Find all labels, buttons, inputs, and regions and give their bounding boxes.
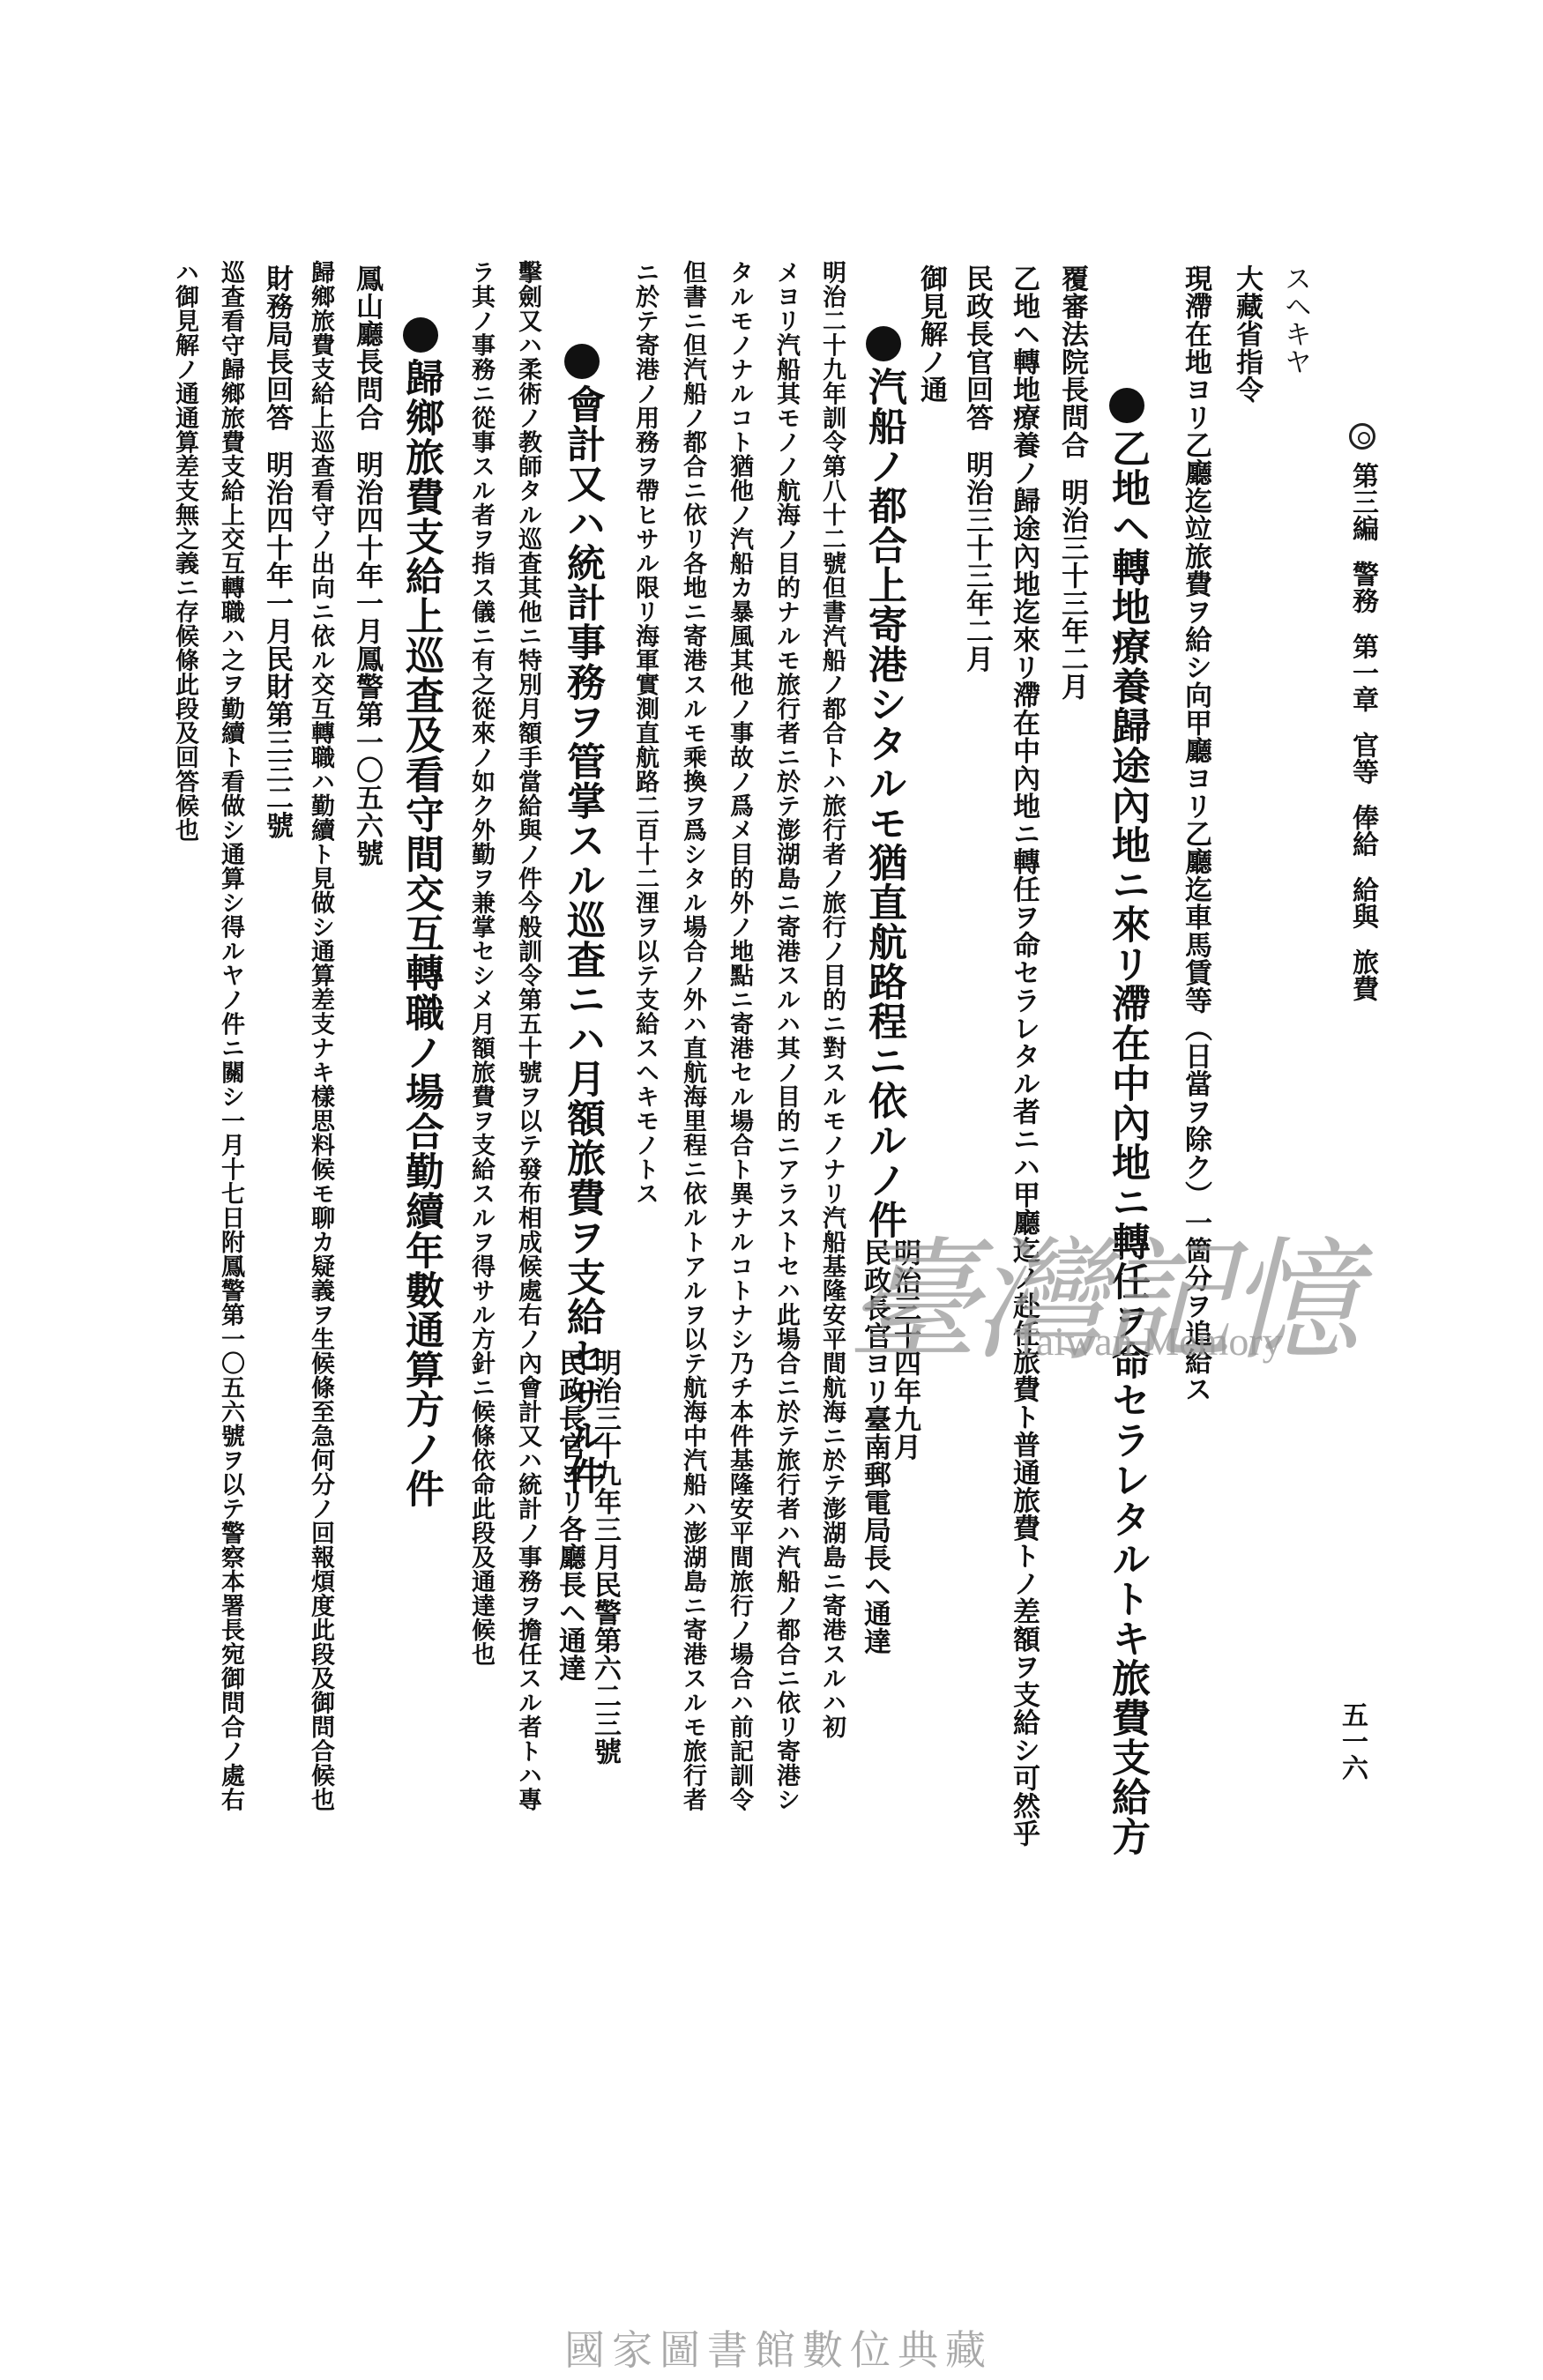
section-title: 汽船ノ都合上寄港シタルモ猶直航路程ニ依ルノ件 <box>861 367 906 1239</box>
scanned-page: 第三編警務第一章官等俸給給與旅費 五一六 スヘキヤ 大藏省指令 現滯在地ヨリ乙廳… <box>0 0 1543 2380</box>
section-heading: 歸鄉旅費支給上巡査及看守間交互轉職ノ場合勤續年數通算方ノ件 <box>401 317 440 1508</box>
text-column: 御見解ノ通 <box>917 264 944 404</box>
sender: 民政長官ヨリ各廳長ヘ通達 <box>555 1349 583 1682</box>
sender: 覆審法院長問合 <box>1056 264 1088 459</box>
footer-watermark: 國家圖書館數位典藏 <box>564 2318 993 2376</box>
date: 明治四十年一月民財第三三二號 <box>261 450 293 839</box>
section-heading: 乙地ヘ轉地療養歸途內地ニ來リ滯在中內地ニ轉任ヲ命セラレタルトキ旅費支給方 <box>1107 388 1146 1856</box>
bullet-icon <box>564 344 600 379</box>
text-column: 歸鄉旅費支給上巡查看守ノ出向ニ依ル交互轉職ハ勤續ト見做シ通算差支ナキ樣思料候モ聊… <box>309 260 332 1811</box>
section-label: 俸給 <box>1347 804 1378 857</box>
sender: 民政長官回答 <box>961 264 993 431</box>
date: 明治三十三年二月 <box>961 450 993 673</box>
query-header: 覆審法院長問合明治三十三年二月 <box>1058 264 1085 701</box>
chapter-label: 第一章 <box>1347 633 1378 712</box>
date: 明治三十九年三月民警第六二三號 <box>591 1349 618 1766</box>
text-column: 明治二十九年訓令第八十二號但書汽船ノ都合トハ旅行者ノ旅行ノ目的ニ對スルモノナリ汽… <box>820 260 844 1739</box>
page-number: 五一六 <box>1338 1701 1365 1781</box>
section-title: 乙地ヘ轉地療養歸途內地ニ來リ滯在中內地ニ轉任ヲ命セラレタルトキ旅費支給方 <box>1105 428 1150 1856</box>
text-column: 擊劍又ハ柔術ノ教師タル巡査其他ニ特別月額手當給與ノ件今般訓令第五十號ヲ以テ發布相… <box>516 260 540 1811</box>
section-heading: 汽船ノ都合上寄港シタルモ猶直航路程ニ依ルノ件 <box>864 326 903 1239</box>
date: 明治三十三年二月 <box>1056 479 1088 701</box>
section-title: 歸鄉旅費支給上巡査及看守間交互轉職ノ場合勤續年數通算方ノ件 <box>399 358 444 1508</box>
text-column: 大藏省指令 <box>1233 264 1260 404</box>
sender: 鳳山廳長問合 <box>351 264 383 431</box>
watermark-logo-latin: Taiwan Memory <box>1014 1318 1283 1365</box>
text-column: ハ御見解ノ通通算差支無之義ニ存候條此段及回答候也 <box>173 260 197 842</box>
reply-header: 財務局長回答明治四十年一月民財第三三二號 <box>263 264 290 839</box>
text-column: 但書ニ但汽船ノ都合ニ依リ各地ニ寄港スルモ乘換ヲ爲シタル場合ノ外ハ直航海里程ニ依ル… <box>681 260 704 1811</box>
running-header: 第三編警務第一章官等俸給給與旅費 <box>1349 423 1375 1001</box>
bullet-icon <box>866 326 901 361</box>
text-column: 巡查看守歸鄉旅費支給上交互轉職ハ之ヲ勤續ト看做シ通算シ得ルヤノ件ニ關シ一月十七日… <box>219 260 242 1811</box>
part-label: 第三編 <box>1347 462 1378 541</box>
text-column: 乙地ヘ轉地療養ノ歸途內地迄來リ滯在中內地ニ轉任ヲ命セラレタル者ニハ甲廳迄ノ赴任旅… <box>1010 264 1037 1848</box>
section-label: 旅費 <box>1347 948 1378 1001</box>
text-column: メヨリ汽船其モノノ航海ノ目的ナルモ旅行者ニ於テ澎湖島ニ寄港スルハ其ノ目的ニアラス… <box>774 260 798 1811</box>
sender: 財務局長回答 <box>261 264 293 431</box>
section-label: 給與 <box>1347 876 1378 929</box>
double-circle-icon <box>1349 423 1375 450</box>
section-heading: 會計又ハ統計事務ヲ管掌スル巡査ニハ月額旅費ヲ支給セサル件 <box>563 344 601 1495</box>
text-column: ラ其ノ事務ニ從事スル者ヲ指ス儀ニ有之從來ノ如ク外勤ヲ兼掌セシメ月額旅費ヲ支給スル… <box>469 260 493 1666</box>
section-label: 官等 <box>1347 732 1378 785</box>
query-header: 鳳山廳長問合明治四十年一月鳳警第一〇五六號 <box>353 264 380 867</box>
date: 明治四十年一月鳳警第一〇五六號 <box>351 450 383 867</box>
subject-label: 警務 <box>1347 561 1378 614</box>
reply-header: 民政長官回答明治三十三年二月 <box>963 264 990 673</box>
bullet-icon <box>1109 388 1144 423</box>
text-column: ニ於テ寄港ノ用務ヲ帶ヒサル限リ海軍實測直航路二百十二浬ヲ以テ支給スヘキモノトス <box>633 260 657 1206</box>
text-column: タルモノナルコト猶他ノ汽船カ暴風其他ノ事故ノ爲メ目的外ノ地點ニ寄港セル場合ト異ナ… <box>727 260 751 1811</box>
section-title: 會計又ハ統計事務ヲ管掌スル巡査ニハ月額旅費ヲ支給セサル件 <box>560 384 605 1495</box>
bullet-icon <box>403 317 438 353</box>
text-column: スヘキヤ <box>1281 264 1308 376</box>
